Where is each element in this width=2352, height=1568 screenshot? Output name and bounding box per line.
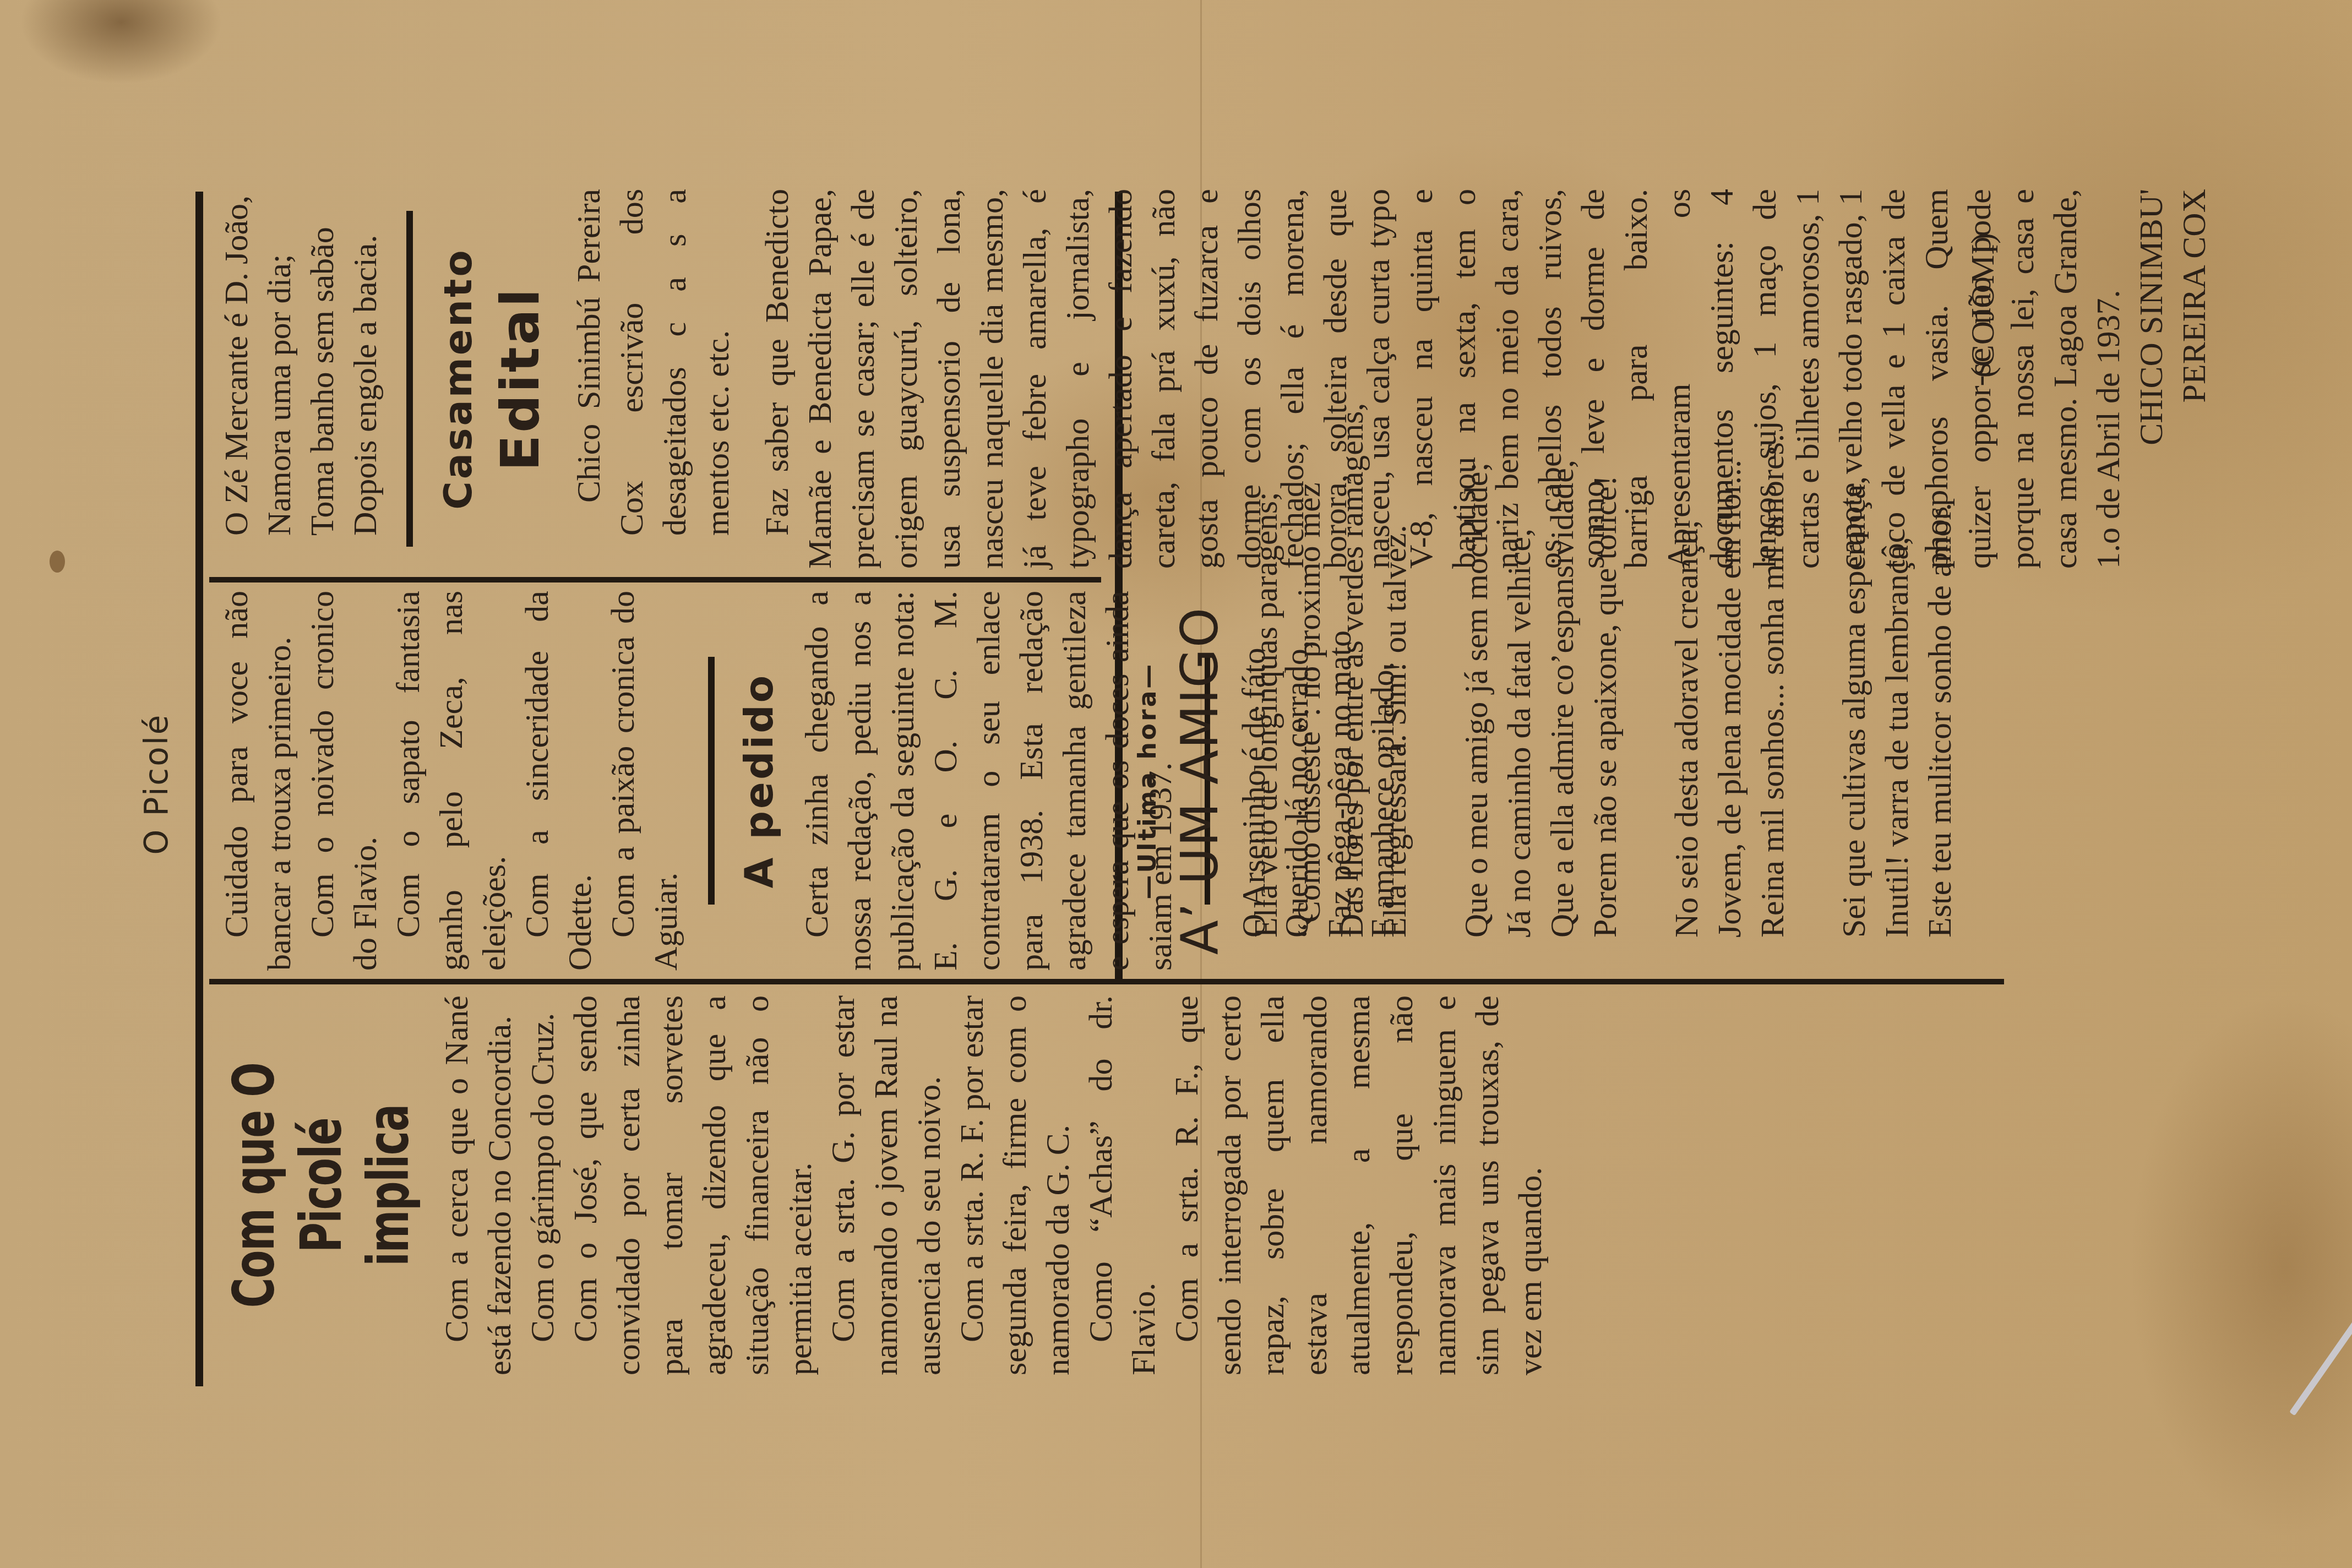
rotated-page: O Picolé Com que O Picolé implica Com a … — [0, 0, 2352, 1568]
edital-kicker: Casamento — [432, 189, 484, 569]
col1-paragraph: Com a cerca que o Nané está fazendo no C… — [435, 995, 521, 1375]
col2-paragraph: Cuidado para voce não bancar a trouxa pr… — [215, 591, 301, 971]
col1-paragraph: Como “Achas” do dr. Flavio. — [1079, 995, 1165, 1375]
edital-intro: Chico Sinimbú Pereira Cox escrivão dos d… — [567, 189, 739, 569]
poem-author: (COJOMI) — [1961, 233, 2004, 971]
ze-mercante-line: O Zé Mercante é D. João, — [215, 189, 258, 569]
poem-line: Que o meu amigo já sem mocidade; — [1455, 189, 1498, 971]
poem-line: “Como disseste”: no proximo mez — [1287, 189, 1330, 971]
col1-paragraph: Com a srta. R. F. por estar segunda feir… — [950, 995, 1079, 1375]
col1-paragraph: Com o José, que sendo convidado por cert… — [564, 995, 821, 1375]
column-rule-1 — [209, 979, 2004, 984]
ze-mercante-line: Dopois engole a bacia. — [344, 189, 386, 569]
a-pedido-heading: A pedido — [731, 591, 786, 971]
masthead-title: O Picolé — [138, 0, 175, 1568]
poem-line: Sei que cultivas alguma esperança, — [1832, 189, 1875, 971]
poem-stanza: Sei que cultivas alguma esperança, Inuti… — [1832, 189, 1961, 971]
col1-heading: Com que O Picolé implica — [220, 1049, 422, 1322]
ultima-hora-kicker: —Ultima hora— — [1129, 591, 1167, 971]
poem-line: No seio desta adoravel creança, — [1665, 189, 1708, 971]
poem-line: Inutil! varra de tua lembrança, — [1875, 189, 1918, 971]
poem-stanza: Que o meu amigo já sem mocidade; Já no c… — [1455, 189, 1626, 971]
edital-signature: CHICO SINIMBU' PEREIRA COX — [2130, 189, 2215, 569]
poem-line: Já no caminho da fatal velhice, — [1498, 189, 1540, 971]
col1-paragraph: Com a srta. R. F., que sendo interrogada… — [1165, 995, 1551, 1375]
poem-title: A’ UM AMIGO — [1167, 591, 1233, 971]
poem-stanza: Ella veio de longinquas paragens; “Como … — [1244, 189, 1416, 971]
poem-line: Porem não se apaixone, que tolice! — [1583, 189, 1626, 971]
col2-paragraph: Com a paixão cronica do Aguiar. — [601, 591, 687, 971]
edital-heading: Edital — [484, 189, 556, 569]
column-1: Com que O Picolé implica Com a cerca que… — [215, 995, 1551, 1375]
top-rule — [195, 192, 203, 1386]
ultima-hora-section: —Ultima hora— A’ UM AMIGO Ella veio de l… — [1129, 189, 2004, 971]
ze-mercante-line: Toma banho sem sabão — [301, 189, 344, 569]
ze-mercante-line: Namora uma por dia; — [258, 189, 301, 569]
col2-paragraph: Com o sapato fantasia ganho pelo Zeca, n… — [386, 591, 515, 971]
col1-paragraph: Com a srta. G. por estar namorando o jov… — [821, 995, 950, 1375]
col1-paragraph: Com o gárimpo do Cruz. — [521, 995, 564, 1375]
a-pedido-text: Certa zinha chegando a nossa redação, pe… — [795, 591, 1182, 971]
poem-line: Jovem, de plena mocidade em flor... — [1708, 189, 1751, 971]
poem-line: Ella regressará. Sim! ou talvez. — [1373, 189, 1416, 971]
poem-line: Reina mil sonhos... sonha mil amores. — [1751, 189, 1794, 971]
poem-stanza: No seio desta adoravel creança, Jovem, d… — [1665, 189, 1794, 971]
poem-line: Este teu mulitcor sonho de amor. — [1918, 189, 1961, 971]
col2-paragraph: Com a sinceridade da Odette. — [515, 591, 601, 971]
divider — [400, 211, 413, 547]
column-rule-2 — [209, 577, 1101, 582]
poem-line: Que a ella admire co’espansividade, — [1540, 189, 1583, 971]
col2-paragraph: Com o noivado cronico do Flavio. — [301, 591, 386, 971]
divider — [701, 657, 715, 905]
poem-line: Ella veio de longinquas paragens; — [1244, 189, 1287, 971]
poem-line: Das flores por entre as verdes ramagens, — [1330, 189, 1373, 971]
